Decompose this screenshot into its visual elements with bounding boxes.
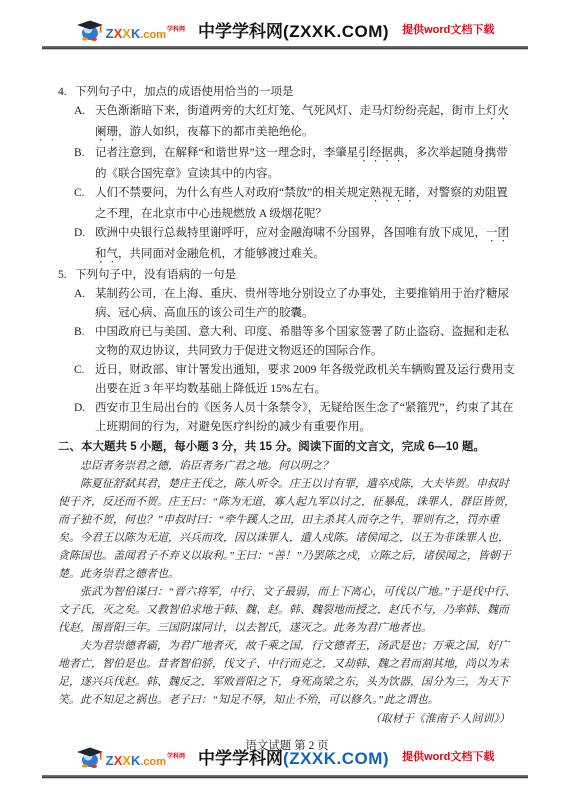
question-stem: 5.下列句子中，没有语病的一句是 xyxy=(58,266,516,285)
option-label: C. xyxy=(74,184,95,203)
graduation-cap-mascot-icon xyxy=(76,744,104,768)
question-5: 5.下列句子中，没有语病的一句是 A.某制药公司，在上海、重庆、贵州等地分别设立… xyxy=(58,266,516,437)
footer: ZXXK.com学科网 中学学科网(ZXXK.COM) 提供word文档下载 xyxy=(0,740,570,779)
option-row: A.天色渐渐暗下来，街道两旁的大红灯笼、气死风灯、走马灯纷纷亮起，街市上灯火阑珊… xyxy=(58,102,516,144)
exam-paper-page: ZXXK.com学科网 中学学科网(ZXXK.COM) 提供word文档下载 4… xyxy=(0,0,570,800)
passage-paragraph: 陈夏征舒弑其君，楚庄王伐之，陈人听令。庄王以讨有罪，遣卒戍陈，大夫毕贺。申叔时使… xyxy=(58,475,516,583)
logo-letter: X xyxy=(122,753,131,768)
option-row: A.某制药公司，在上海、重庆、贵州等地分别设立了办事处，主要推销用于治疗糖尿病、… xyxy=(58,285,516,323)
word-download-link[interactable]: 提供word文档下载 xyxy=(402,748,494,764)
header-divider xyxy=(42,46,528,50)
header-banner: ZXXK.com学科网 中学学科网(ZXXK.COM) 提供word文档下载 xyxy=(0,0,570,45)
option-row: B.中国政府已与美国、意大利、印度、希腊等多个国家签署了防止盗窃、盗掘和走私文物… xyxy=(58,323,516,361)
logo-dotcom: .com xyxy=(140,756,166,768)
option-row: C.人们不禁要问，为什么有些人对政府“禁放”的相关规定熟视无睹，对警察的劝阻置之… xyxy=(58,184,516,224)
logo-letter: X xyxy=(122,26,131,41)
emphasized-idiom: 引经据典 xyxy=(358,147,404,159)
footer-banner: ZXXK.com学科网 中学学科网(ZXXK.COM) 提供word文档下载 xyxy=(0,740,570,772)
question-4: 4.下列句子中，加点的成语使用恰当的一项是 A.天色渐渐暗下来，街道两旁的大红灯… xyxy=(58,83,516,266)
zxxk-logo[interactable]: ZXXK.com学科网 xyxy=(76,744,185,768)
logo-letter: K xyxy=(131,26,140,41)
zxxk-logo[interactable]: ZXXK.com学科网 xyxy=(76,17,185,41)
logo-dotcom: .com xyxy=(140,29,166,41)
option-label: D. xyxy=(74,224,95,243)
footer-divider xyxy=(42,775,528,779)
passage-paragraph: 夫为君崇德者霸，为君广地者灭，故千乘之国，行文德者王，汤武是也；万乘之国，好广地… xyxy=(58,637,516,709)
option-row: C.近日，财政部、审计署发出通知，要求 2009 年各级党政机关车辆购置及运行费… xyxy=(58,361,516,399)
logo-letter: Z xyxy=(106,26,114,41)
option-row: D.西安市卫生局出台的《医务人员十条禁令》，无疑给医生念了“紧箍咒”，约束了其在… xyxy=(58,399,516,437)
passage-paragraph: 张武为智伯谋曰：“晋六将军，中行、文子最弱，而上下离心，可伐以广地。”于是伐中行… xyxy=(58,583,516,637)
option-row: D.欧洲中央银行总裁特里谢呼吁，应对金融海啸不分国界，各国唯有放下成见，一团和气… xyxy=(58,224,516,266)
header: ZXXK.com学科网 中学学科网(ZXXK.COM) 提供word文档下载 xyxy=(0,0,570,50)
question-number: 4. xyxy=(58,83,75,102)
option-label: C. xyxy=(74,361,95,380)
logo-letter: Z xyxy=(106,753,114,768)
option-row: B.记者注意到，在解释“和谐世界”这一理念时，李肇星引经据典，多次举起随身携带的… xyxy=(58,144,516,184)
emphasized-idiom: 熟视无睹 xyxy=(370,187,416,199)
option-label: A. xyxy=(74,102,95,121)
logo-letter: X xyxy=(114,26,123,41)
question-stem: 4.下列句子中，加点的成语使用恰当的一项是 xyxy=(58,83,516,102)
site-title: 中学学科网(ZXXK.COM) xyxy=(198,744,389,769)
source-attribution: （取材于《淮南子·人间训》） xyxy=(58,710,516,728)
zxxk-wordmark: ZXXK.com学科网 xyxy=(106,27,185,41)
word-download-link[interactable]: 提供word文档下载 xyxy=(402,21,494,37)
section-2-heading: 二、本大题共 5 小题，每小题 3 分，共 15 分。阅读下面的文言文，完成 6… xyxy=(58,438,516,457)
site-title: 中学学科网(ZXXK.COM) xyxy=(198,17,389,42)
site-title-cn: 中学学科网 xyxy=(198,22,283,41)
logo-letter: X xyxy=(114,753,123,768)
zxxk-wordmark: ZXXK.com学科网 xyxy=(106,754,185,768)
option-label: B. xyxy=(74,323,95,342)
option-label: A. xyxy=(74,285,95,304)
classical-passage: 忠臣者务崇君之德，谄臣者务广君之地。何以明之？ 陈夏征舒弑其君，楚庄王伐之，陈人… xyxy=(58,457,516,709)
question-number: 5. xyxy=(58,266,75,285)
site-title-en: (ZXXK.COM) xyxy=(283,22,389,41)
document-body: 4.下列句子中，加点的成语使用恰当的一项是 A.天色渐渐暗下来，街道两旁的大红灯… xyxy=(58,83,516,756)
passage-paragraph: 忠臣者务崇君之德，谄臣者务广君之地。何以明之？ xyxy=(58,457,516,475)
logo-letter: K xyxy=(131,753,140,768)
site-title-cn: 中学学科网 xyxy=(198,749,283,768)
logo-sup-label: 学科网 xyxy=(167,27,185,33)
option-label: D. xyxy=(74,399,95,418)
option-label: B. xyxy=(74,144,95,163)
logo-sup-label: 学科网 xyxy=(167,754,185,760)
site-title-en: (ZXXK.COM) xyxy=(283,749,389,768)
graduation-cap-mascot-icon xyxy=(76,17,104,41)
